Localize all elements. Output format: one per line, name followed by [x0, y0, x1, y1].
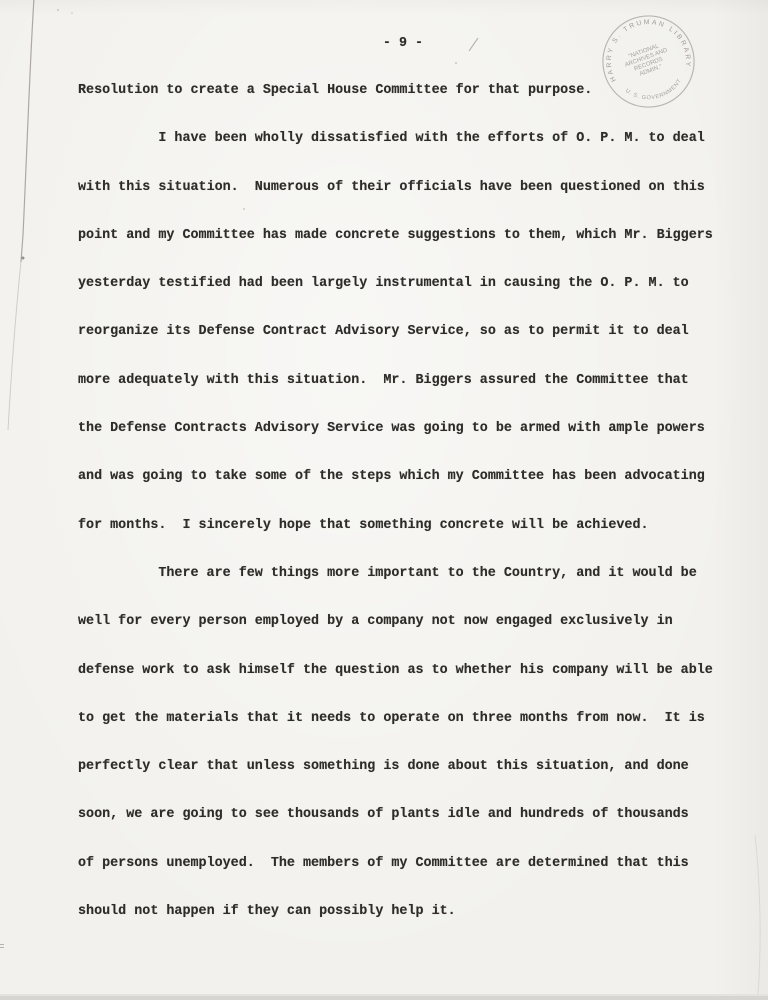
typed-line: defense work to ask himself the question…: [78, 647, 758, 695]
typed-line: There are few things more important to t…: [78, 550, 758, 598]
typed-line: the Defense Contracts Advisory Service w…: [78, 405, 758, 453]
typed-line: yesterday testified had been largely ins…: [78, 260, 758, 308]
scan-edge-mark: [0, 944, 4, 950]
left-fold-crease-lower: [8, 262, 21, 430]
typed-line: point and my Committee has made concrete…: [78, 212, 758, 260]
document-page: - 9 - HARRY S. TRUMAN LIBRARY U. S. GOVE…: [0, 0, 768, 1000]
typed-line: well for every person employed by a comp…: [78, 598, 758, 646]
typed-line: reorganize its Defense Contract Advisory…: [78, 308, 758, 356]
crease-nick: [22, 257, 25, 260]
typed-line: perfectly clear that unless something is…: [78, 743, 758, 791]
typed-line: should not happen if they can possibly h…: [78, 888, 758, 936]
stray-speck-2: [57, 9, 59, 11]
document-body: Resolution to create a Special House Com…: [78, 67, 758, 936]
scan-bottom-edge: [0, 994, 768, 1000]
typed-line: and was going to take some of the steps …: [78, 453, 758, 501]
typed-line: Resolution to create a Special House Com…: [78, 67, 758, 115]
stray-speck-1: [455, 62, 457, 64]
typed-line: for months. I sincerely hope that someth…: [78, 502, 758, 550]
typed-line: I have been wholly dissatisfied with the…: [78, 115, 758, 163]
typed-line: more adequately with this situation. Mr.…: [78, 357, 758, 405]
typed-line: of persons unemployed. The members of my…: [78, 840, 758, 888]
typed-line: soon, we are going to see thousands of p…: [78, 791, 758, 839]
stray-speck-3: [71, 12, 73, 14]
typed-line: to get the materials that it needs to op…: [78, 695, 758, 743]
typed-line: with this situation. Numerous of their o…: [78, 164, 758, 212]
